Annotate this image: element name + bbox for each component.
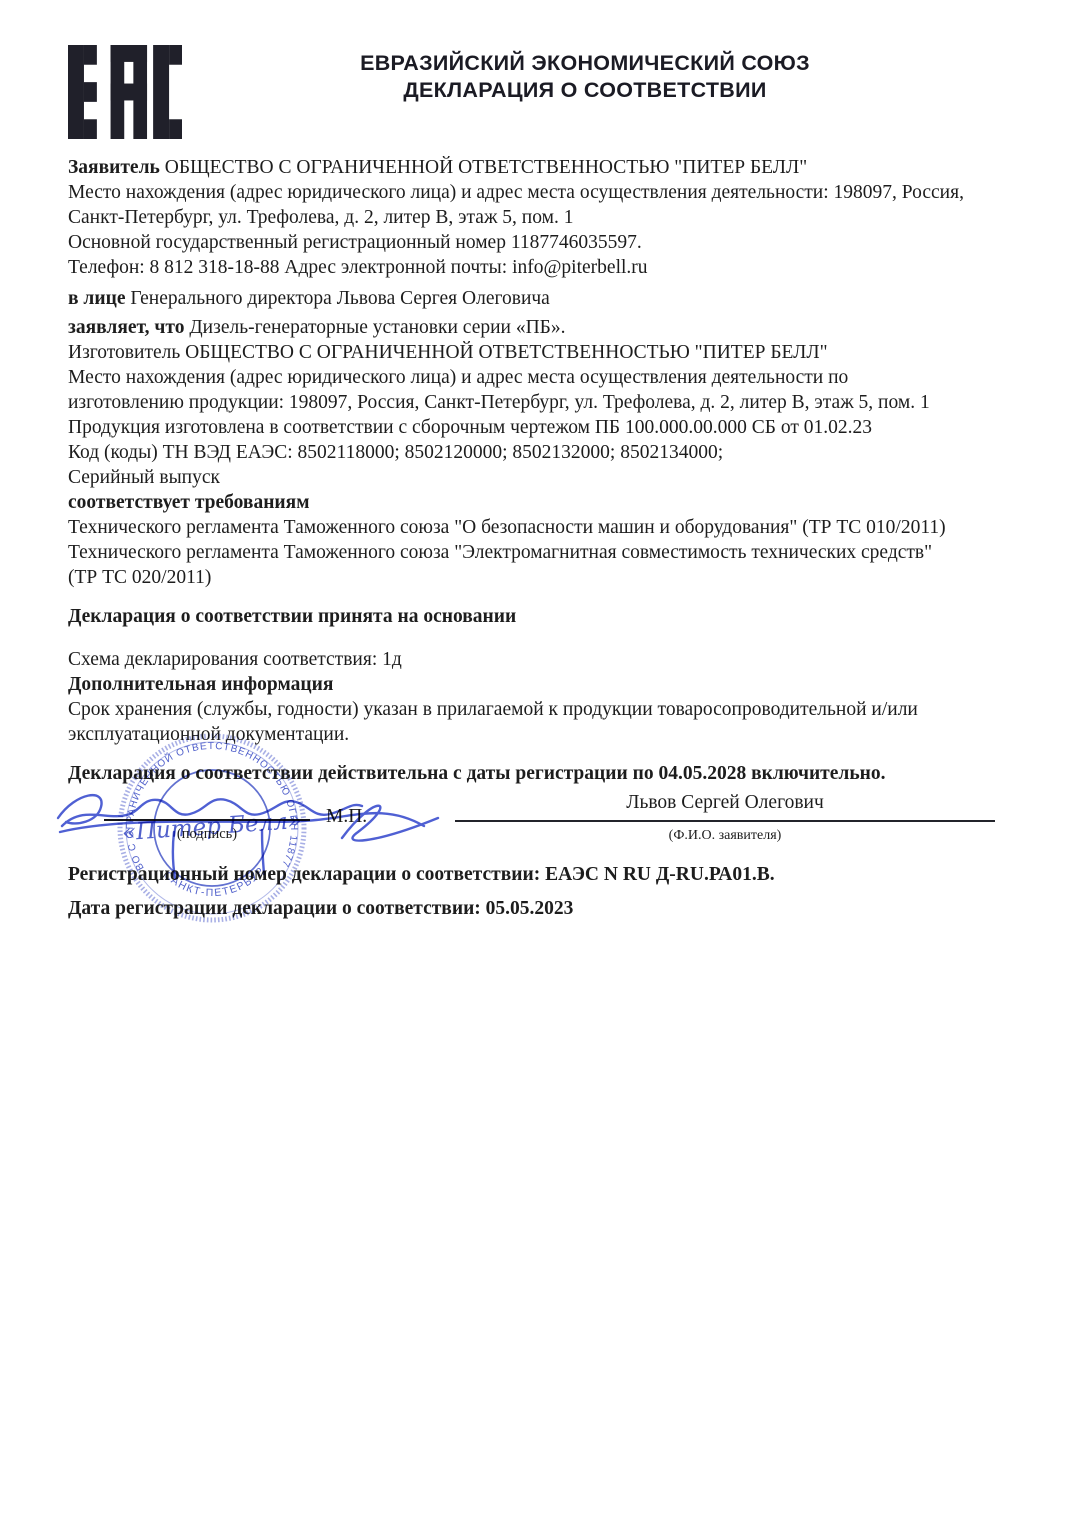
- applicant-name: Львов Сергей Олегович: [455, 790, 995, 815]
- line-applicant: Заявитель ОБЩЕСТВО С ОГРАНИЧЕННОЙ ОТВЕТС…: [68, 155, 1012, 180]
- line-address-2: Санкт-Петербург, ул. Трефолева, д. 2, ли…: [68, 205, 1012, 230]
- handwritten-signature: [56, 774, 456, 889]
- line-scheme: Схема декларирования соответствия: 1д: [68, 647, 1012, 672]
- line-shelf-life-1: Срок хранения (службы, годности) указан …: [68, 697, 1012, 722]
- line-phone-email: Телефон: 8 812 318-18-88 Адрес электронн…: [68, 255, 1012, 280]
- line-serial: Серийный выпуск: [68, 465, 1012, 490]
- line-additional-info: Дополнительная информация: [68, 672, 1012, 697]
- title-union: ЕВРАЗИЙСКИЙ ЭКОНОМИЧЕСКИЙ СОЮЗ: [160, 50, 1010, 77]
- line-drawing: Продукция изготовлена в соответствии с с…: [68, 415, 1012, 440]
- line-complies: соответствует требованиям: [68, 490, 1012, 515]
- line-manufacturer: Изготовитель ОБЩЕСТВО С ОГРАНИЧЕННОЙ ОТВ…: [68, 340, 1012, 365]
- line-tnved-codes: Код (коды) ТН ВЭД ЕАЭС: 8502118000; 8502…: [68, 440, 1012, 465]
- fio-label: (Ф.И.О. заявителя): [455, 823, 995, 848]
- fio-rule: [455, 820, 995, 822]
- line-mfg-address-2: изготовлению продукции: 198097, Россия, …: [68, 390, 1012, 415]
- title-declaration: ДЕКЛАРАЦИЯ О СООТВЕТСТВИИ: [160, 77, 1010, 104]
- line-address-1: Место нахождения (адрес юридического лиц…: [68, 180, 1012, 205]
- line-tr-010: Технического регламента Таможенного союз…: [68, 515, 1012, 540]
- line-tr-020-a: Технического регламента Таможенного союз…: [68, 540, 1012, 565]
- line-declares: заявляет, что Дизель-генераторные устано…: [68, 315, 1012, 340]
- line-represented-by: в лице Генерального директора Львова Сер…: [68, 286, 1012, 311]
- line-ogrn: Основной государственный регистрационный…: [68, 230, 1012, 255]
- declaration-document: ЕАС ЕВРАЗИЙСКИЙ ЭКОНОМИЧЕСКИЙ СОЮЗ ДЕКЛА…: [0, 0, 1080, 1527]
- line-tr-020-b: (ТР ТС 020/2011): [68, 565, 1012, 590]
- line-basis: Декларация о соответствии принята на осн…: [68, 604, 1012, 629]
- document-title: ЕВРАЗИЙСКИЙ ЭКОНОМИЧЕСКИЙ СОЮЗ ДЕКЛАРАЦИ…: [160, 50, 1010, 104]
- line-mfg-address-1: Место нахождения (адрес юридического лиц…: [68, 365, 1012, 390]
